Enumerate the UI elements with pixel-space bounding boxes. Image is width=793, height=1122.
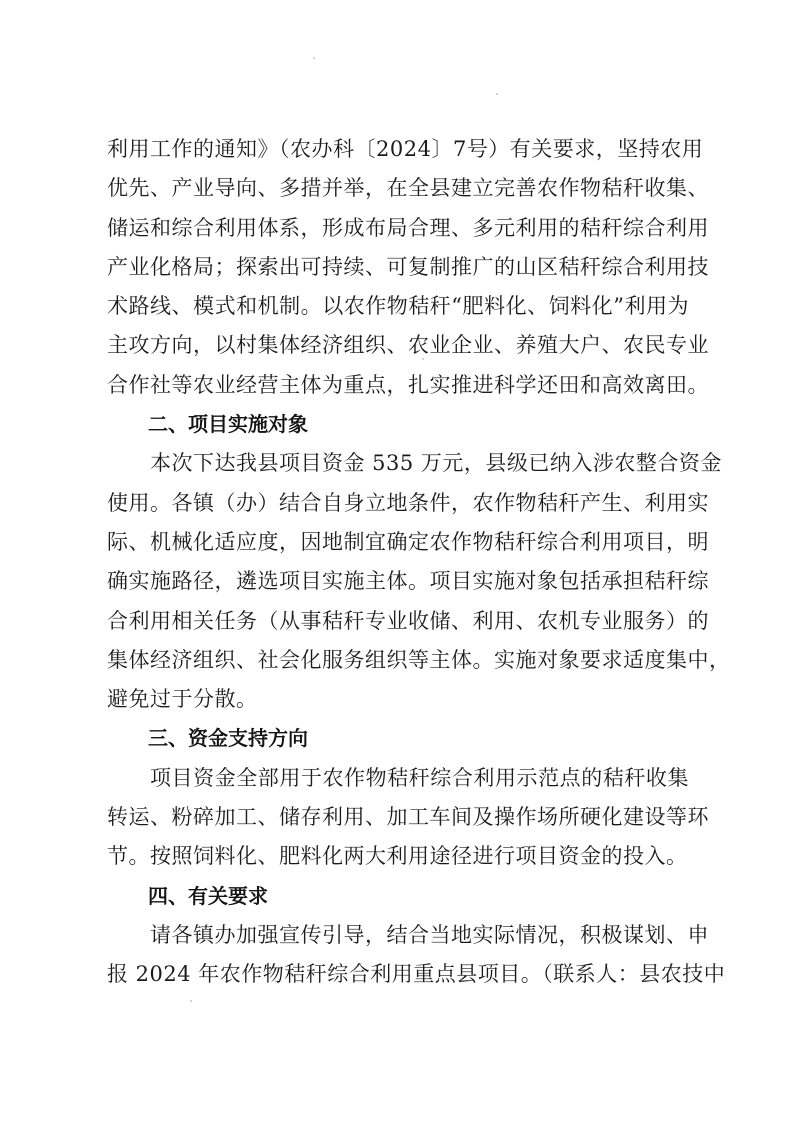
scan-speck bbox=[313, 57, 315, 59]
paragraph-line: 产业化格局；探索出可持续、可复制推广的山区秸秆综合利用技 bbox=[107, 248, 689, 287]
scan-speck bbox=[190, 1000, 192, 1002]
paragraph-line: 优先、产业导向、多措并举，在全县建立完善农作物秸秆收集、 bbox=[107, 169, 689, 208]
scan-speck bbox=[422, 358, 424, 360]
paragraph-line: 合作社等农业经营主体为重点，扎实推进科学还田和高效离田。 bbox=[107, 366, 689, 405]
paragraph-line: 合利用相关任务（从事秸秆专业收储、利用、农机专业服务）的 bbox=[107, 602, 689, 641]
document-page: 利用工作的通知》（农办科〔2024〕7号）有关要求，坚持农用 优先、产业导向、多… bbox=[0, 0, 793, 1122]
scan-speck bbox=[497, 548, 499, 550]
document-body: 利用工作的通知》（农办科〔2024〕7号）有关要求，坚持农用 优先、产业导向、多… bbox=[107, 130, 689, 995]
paragraph-line: 本次下达我县项目资金 535 万元，县级已纳入涉农整合资金 bbox=[107, 444, 689, 483]
paragraph-line: 术路线、模式和机制。以农作物秸秆“肥料化、饲料化”利用为 bbox=[107, 287, 689, 326]
section-heading-requirements: 四、有关要求 bbox=[107, 877, 689, 916]
paragraph-line: 请各镇办加强宣传引导，结合当地实际情况，积极谋划、申 bbox=[107, 916, 689, 955]
paragraph-line: 使用。各镇（办）结合自身立地条件，农作物秸秆产生、利用实 bbox=[107, 484, 689, 523]
scan-speck bbox=[496, 93, 498, 95]
paragraph-line: 主攻方向，以村集体经济组织、农业企业、养殖大户、农民专业 bbox=[107, 326, 689, 365]
paragraph-line: 集体经济组织、社会化服务组织等主体。实施对象要求适度集中， bbox=[107, 641, 689, 680]
paragraph-line: 节。按照饲料化、肥料化两大利用途径进行项目资金的投入。 bbox=[107, 837, 689, 876]
paragraph-line: 项目资金全部用于农作物秸秆综合利用示范点的秸秆收集 bbox=[107, 759, 689, 798]
section-heading-funding-direction: 三、资金支持方向 bbox=[107, 719, 689, 758]
paragraph-line: 避免过于分散。 bbox=[107, 680, 689, 719]
paragraph-line: 报 2024 年农作物秸秆综合利用重点县项目。（联系人：县农技中 bbox=[107, 955, 689, 994]
paragraph-line: 确实施路径，遴选项目实施主体。项目实施对象包括承担秸秆综 bbox=[107, 562, 689, 601]
paragraph-line: 利用工作的通知》（农办科〔2024〕7号）有关要求，坚持农用 bbox=[107, 130, 689, 169]
paragraph-line: 转运、粉碎加工、储存利用、加工车间及操作场所硬化建设等环 bbox=[107, 798, 689, 837]
section-heading-implementation-targets: 二、项目实施对象 bbox=[107, 405, 689, 444]
paragraph-line: 储运和综合利用体系，形成布局合理、多元利用的秸秆综合利用 bbox=[107, 209, 689, 248]
paragraph-line: 际、机械化适应度，因地制宜确定农作物秸秆综合利用项目，明 bbox=[107, 523, 689, 562]
